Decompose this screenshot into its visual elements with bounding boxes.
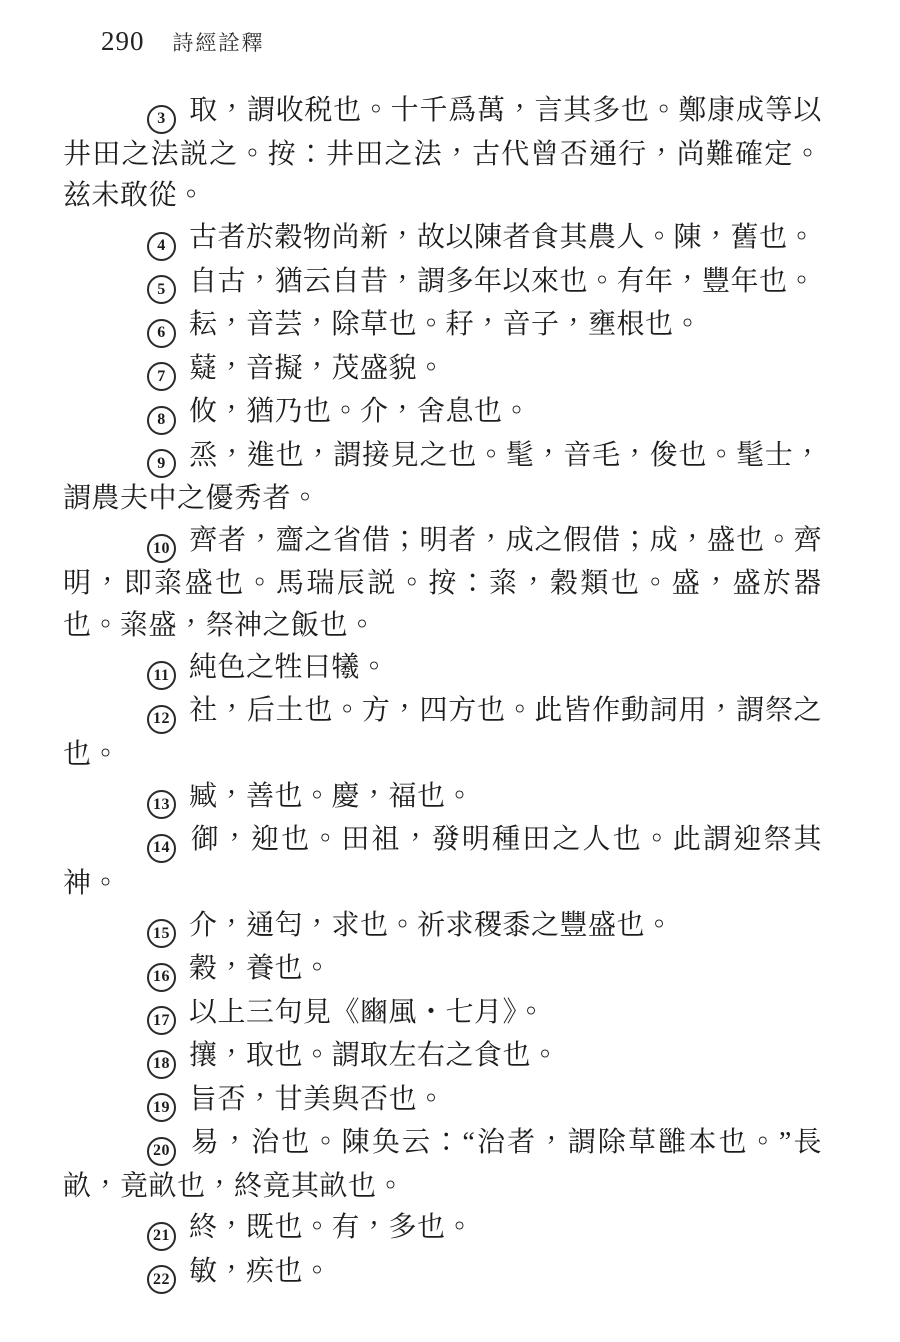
annotation-item: 19旨否，甘美與否也。 [63, 1079, 822, 1123]
annotation-item: 16穀，養也。 [63, 948, 822, 992]
annotation-text: 穀，養也。 [189, 953, 332, 984]
annotation-text: 以上三句見《豳風・七月》。 [189, 997, 546, 1028]
annotation-text: 攘，取也。謂取左右之食也。 [189, 1040, 560, 1071]
annotation-item: 18攘，取也。謂取左右之食也。 [63, 1035, 822, 1079]
annotation-number-badge: 12 [147, 705, 176, 734]
annotation-text: 旨否，甘美與否也。 [189, 1084, 446, 1115]
annotation-number-badge: 14 [147, 834, 176, 863]
annotation-number-badge: 10 [147, 534, 176, 563]
annotation-text: 耘，音芸，除草也。耔，音子，壅根也。 [189, 309, 702, 340]
annotation-number-badge: 15 [147, 919, 176, 948]
annotation-item: 22敏，疾也。 [63, 1251, 822, 1295]
annotation-number-badge: 6 [147, 319, 176, 348]
annotation-text: 攸，猶乃也。介，舍息也。 [189, 396, 531, 427]
annotation-number-badge: 20 [147, 1137, 176, 1166]
annotation-item: 15介，通匄，求也。祈求稷黍之豐盛也。 [63, 905, 822, 949]
annotation-number-badge: 7 [147, 362, 176, 391]
annotation-item: 13臧，善也。慶，福也。 [63, 776, 822, 820]
annotation-text: 易，治也。陳奂云：“治者，謂除草雝本也。”長畝，竟畝也，終竟其畝也。 [63, 1127, 822, 1202]
annotation-text: 終，既也。有，多也。 [189, 1212, 474, 1243]
annotation-text: 臧，善也。慶，福也。 [189, 781, 474, 812]
annotation-item: 9烝，進也，謂接見之也。髦，音毛，俊也。髦士，謂農夫中之優秀者。 [63, 435, 822, 520]
annotation-item: 20易，治也。陳奂云：“治者，謂除草雝本也。”長畝，竟畝也，終竟其畝也。 [63, 1122, 822, 1207]
annotation-list: 3取，謂收税也。十千爲萬，言其多也。鄭康成等以井田之法説之。按：井田之法，古代曾… [63, 90, 822, 1294]
annotation-text: 自古，猶云自昔，謂多年以來也。有年，豐年也。 [189, 266, 816, 297]
annotation-number-badge: 21 [147, 1222, 176, 1251]
annotation-item: 3取，謂收税也。十千爲萬，言其多也。鄭康成等以井田之法説之。按：井田之法，古代曾… [63, 90, 822, 217]
annotation-number-badge: 13 [147, 790, 176, 819]
annotation-item: 11純色之牲曰犧。 [63, 647, 822, 691]
annotation-number-badge: 19 [147, 1093, 176, 1122]
annotation-text: 取，謂收税也。十千爲萬，言其多也。鄭康成等以井田之法説之。按：井田之法，古代曾否… [63, 95, 822, 211]
annotation-number-badge: 3 [147, 105, 176, 134]
annotation-text: 古者於穀物尚新，故以陳者食其農人。陳，舊也。 [189, 222, 816, 253]
annotation-item: 21終，既也。有，多也。 [63, 1207, 822, 1251]
annotation-number-badge: 16 [147, 963, 176, 992]
annotation-item: 10齊者，齍之省借；明者，成之假借；成，盛也。齊明，即粢盛也。馬瑞辰説。按：粢，… [63, 520, 822, 647]
annotation-item: 5自古，猶云自昔，謂多年以來也。有年，豐年也。 [63, 261, 822, 305]
annotation-number-badge: 17 [147, 1006, 176, 1035]
annotation-item: 8攸，猶乃也。介，舍息也。 [63, 391, 822, 435]
annotation-text: 敏，疾也。 [189, 1256, 332, 1287]
annotation-item: 7薿，音擬，茂盛貌。 [63, 348, 822, 392]
annotation-text: 御，迎也。田祖，發明種田之人也。此謂迎祭其神。 [63, 824, 822, 899]
annotation-item: 4古者於穀物尚新，故以陳者食其農人。陳，舊也。 [63, 217, 822, 261]
annotation-number-badge: 8 [147, 406, 176, 435]
annotation-item: 14御，迎也。田祖，發明種田之人也。此謂迎祭其神。 [63, 819, 822, 904]
annotation-text: 薿，音擬，茂盛貌。 [189, 353, 446, 384]
annotation-text: 社，后土也。方，四方也。此皆作動詞用，謂祭之也。 [63, 695, 822, 770]
annotation-item: 17以上三句見《豳風・七月》。 [63, 992, 822, 1036]
annotation-text: 純色之牲曰犧。 [189, 652, 389, 683]
annotation-number-badge: 11 [147, 661, 176, 690]
annotation-text: 烝，進也，謂接見之也。髦，音毛，俊也。髦士，謂農夫中之優秀者。 [63, 440, 822, 515]
annotation-number-badge: 9 [147, 449, 176, 478]
annotation-number-badge: 4 [147, 232, 176, 261]
annotation-item: 12社，后土也。方，四方也。此皆作動詞用，謂祭之也。 [63, 690, 822, 775]
annotation-number-badge: 18 [147, 1050, 176, 1079]
page-number: 290 [101, 26, 145, 57]
annotation-item: 6耘，音芸，除草也。耔，音子，壅根也。 [63, 304, 822, 348]
annotation-text: 齊者，齍之省借；明者，成之假借；成，盛也。齊明，即粢盛也。馬瑞辰説。按：粢，穀類… [63, 525, 822, 641]
book-page: 290 詩經詮釋 3取，謂收税也。十千爲萬，言其多也。鄭康成等以井田之法説之。按… [0, 0, 900, 1342]
running-head: 290 詩經詮釋 [63, 26, 822, 62]
annotation-number-badge: 22 [147, 1265, 176, 1294]
annotation-number-badge: 5 [147, 275, 176, 304]
annotation-text: 介，通匄，求也。祈求稷黍之豐盛也。 [189, 910, 674, 941]
book-title: 詩經詮釋 [173, 27, 265, 57]
